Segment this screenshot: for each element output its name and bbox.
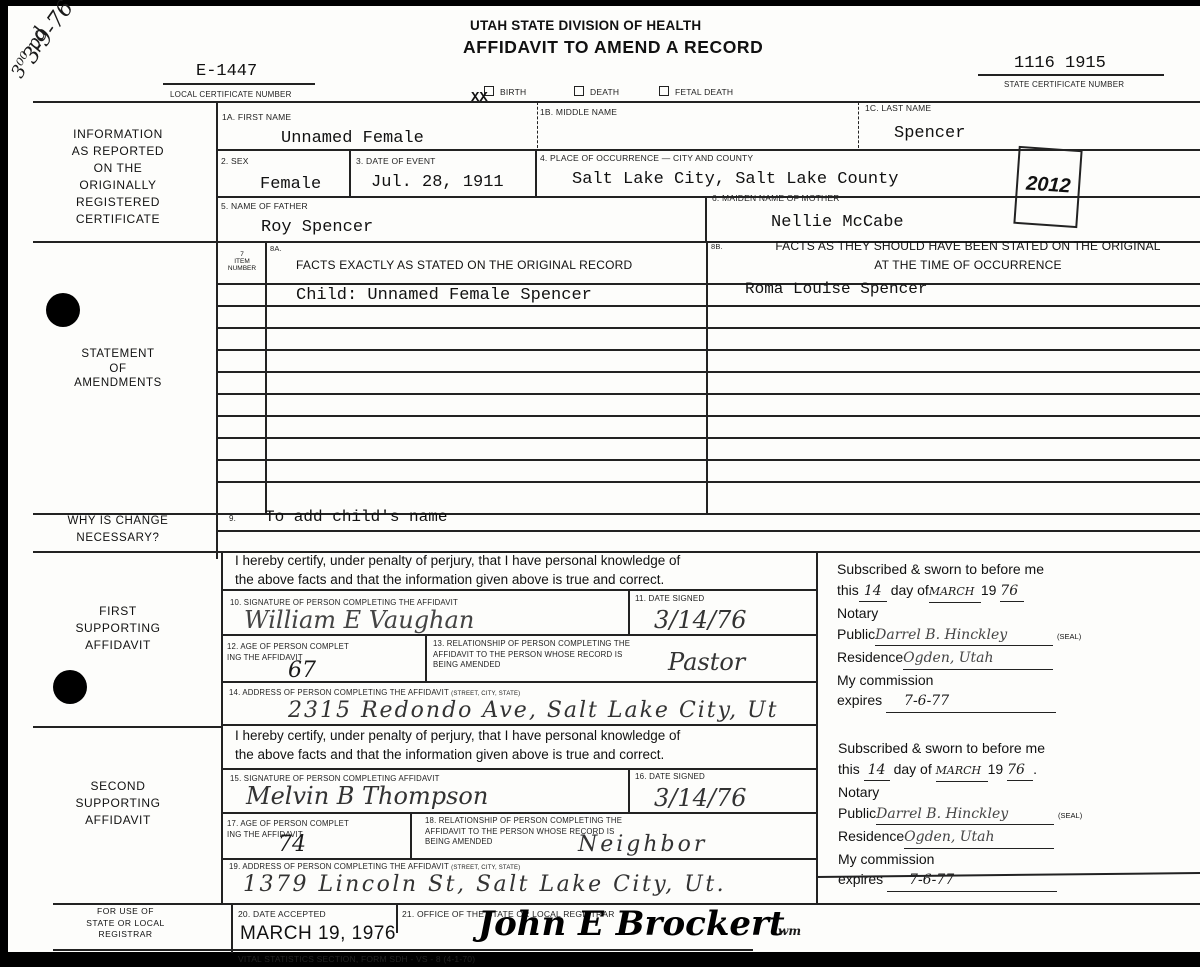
state-certificate-label: STATE CERTIFICATE NUMBER	[1004, 80, 1124, 89]
item-number-label: 7 ITEM NUMBER	[218, 251, 266, 272]
section-first-affidavit: FIRST SUPPORTING AFFIDAVIT	[38, 603, 198, 654]
first-name-value: Unnamed Female	[281, 129, 424, 148]
local-certificate-number: E-1447	[196, 62, 257, 81]
address-1: 2315 Redondo Ave, Salt Lake City, Ut	[288, 698, 779, 723]
first-name-label: 1A. FIRST NAME	[222, 112, 291, 122]
middle-name-label: 1B. MIDDLE NAME	[540, 107, 617, 117]
punch-hole	[46, 293, 80, 327]
age-2: 74	[278, 832, 306, 857]
father-value: Roy Spencer	[261, 218, 373, 237]
punch-hole	[53, 670, 87, 704]
place-of-occurrence-label: 4. PLACE OF OCCURRENCE — CITY AND COUNTY	[540, 153, 753, 163]
certification-statement-2: I hereby certify, under penalty of perju…	[235, 726, 680, 764]
registrar-signature: John E Brockert	[478, 904, 785, 944]
mother-label: 6. MAIDEN NAME OF MOTHER	[712, 193, 840, 203]
notary-block-2: Subscribed & sworn to before me this 14 …	[838, 738, 1082, 892]
section-second-affidavit: SECOND SUPPORTING AFFIDAVIT	[38, 778, 198, 829]
birth-check-mark: XX	[471, 90, 488, 106]
stamp-box: 2012	[1013, 146, 1082, 228]
form-title: AFFIDAVIT TO AMEND A RECORD	[463, 37, 763, 58]
checkbox-death[interactable]: DEATH	[574, 86, 619, 97]
sex-value: Female	[260, 175, 321, 194]
father-label: 5. NAME OF FATHER	[221, 201, 308, 211]
address-1-label: 14. ADDRESS OF PERSON COMPLETING THE AFF…	[229, 688, 520, 697]
col-8a-header: FACTS EXACTLY AS STATED ON THE ORIGINAL …	[296, 258, 632, 272]
date-signed-1-label: 11. DATE SIGNED	[635, 594, 704, 603]
checkbox-icon	[659, 86, 669, 96]
address-2: 1379 Lincoln St, Salt Lake City, Ut.	[243, 872, 726, 897]
section-amendments: STATEMENT OF AMENDMENTS	[38, 347, 198, 391]
notary-block-1: Subscribed & sworn to before me this14 d…	[837, 559, 1081, 713]
col-8b-header: FACTS AS THEY SHOULD HAVE BEEN STATED ON…	[748, 237, 1188, 275]
affidavit-document: 3⁰⁰ pd 3-9-76 UTAH STATE DIVISION OF HEA…	[8, 6, 1200, 952]
date-signed-2: 3/14/76	[654, 784, 747, 812]
section-why-change: WHY IS CHANGE NECESSARY?	[38, 513, 198, 547]
last-name-value: Spencer	[894, 124, 965, 143]
age-1: 67	[288, 658, 316, 683]
col-8a-number: 8A.	[270, 244, 282, 253]
checkbox-birth[interactable]: BIRTH	[484, 86, 526, 97]
checkbox-icon	[574, 86, 584, 96]
date-of-event-label: 3. DATE OF EVENT	[356, 156, 436, 166]
certification-statement-1: I hereby certify, under penalty of perju…	[235, 551, 680, 589]
form-footer: VITAL STATISTICS SECTION, FORM SDH - VS …	[238, 954, 475, 964]
mother-value: Nellie McCabe	[771, 213, 904, 232]
signature-1: William E Vaughan	[244, 606, 474, 634]
registrar-initials: wm	[778, 924, 801, 938]
date-signed-2-label: 16. DATE SIGNED	[635, 772, 705, 781]
amendment-corrected-value: Roma Louise Spencer	[745, 280, 927, 298]
place-of-occurrence-value: Salt Lake City, Salt Lake County	[572, 170, 898, 189]
section-original-info: INFORMATION AS REPORTED ON THE ORIGINALL…	[38, 126, 198, 228]
checkbox-fetal-death[interactable]: FETAL DEATH	[659, 86, 733, 97]
reason-value: To add child's name	[265, 508, 447, 526]
date-of-event-value: Jul. 28, 1911	[371, 173, 504, 192]
state-certificate-number: 1116 1915	[1014, 54, 1106, 73]
relationship-1: Pastor	[668, 648, 745, 676]
date-signed-1: 3/14/76	[654, 606, 747, 634]
col-8b-number: 8B.	[711, 242, 723, 251]
address-2-label: 19. ADDRESS OF PERSON COMPLETING THE AFF…	[229, 862, 520, 871]
amendment-original-value: Child: Unnamed Female Spencer	[296, 286, 592, 305]
relationship-1-label: 13. RELATIONSHIP OF PERSON COMPLETING TH…	[433, 639, 630, 671]
sex-label: 2. SEX	[221, 156, 249, 166]
section-registrar: FOR USE OF STATE OR LOCAL REGISTRAR	[48, 906, 203, 941]
local-certificate-label: LOCAL CERTIFICATE NUMBER	[170, 90, 292, 99]
date-accepted-value: MARCH 19, 1976	[240, 923, 396, 945]
reason-number: 9.	[229, 514, 236, 523]
last-name-label: 1C. LAST NAME	[865, 103, 931, 113]
relationship-2: Neighbor	[578, 832, 707, 857]
agency-name: UTAH STATE DIVISION OF HEALTH	[470, 18, 701, 33]
date-accepted-label: 20. DATE ACCEPTED	[238, 909, 326, 919]
signature-2: Melvin B Thompson	[246, 782, 488, 810]
stamp-number: 2012	[1025, 172, 1071, 198]
